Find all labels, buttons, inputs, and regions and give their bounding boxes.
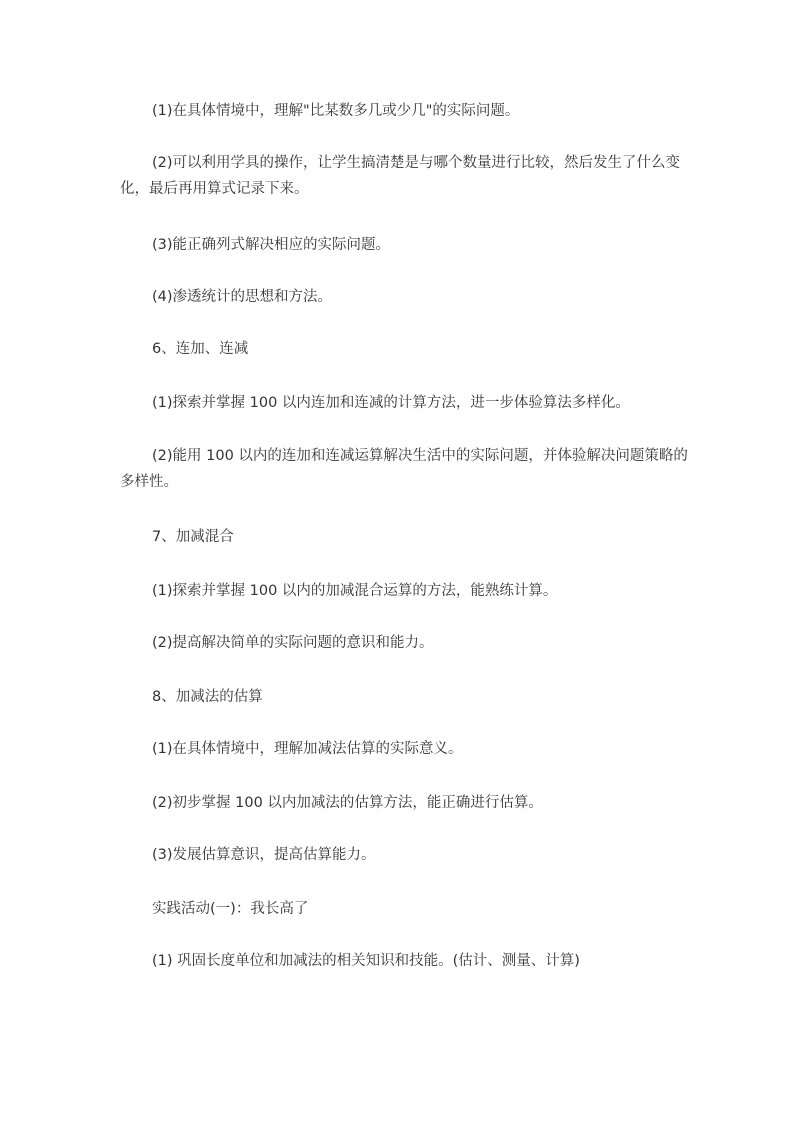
paragraph-item-3-solve-problems: (3)能正确列式解决相应的实际问题。 (120, 232, 688, 258)
paragraph-6-2: (2)能用 100 以内的连加和连减运算解决生活中的实际问题，并体验解决问题策略… (120, 443, 688, 495)
paragraph-8-3: (3)发展估算意识，提高估算能力。 (120, 842, 688, 868)
paragraph-practice-1: (1) 巩固长度单位和加减法的相关知识和技能。(估计、测量、计算) (120, 948, 688, 974)
paragraph-8-2: (2)初步掌握 100 以内加减法的估算方法，能正确进行估算。 (120, 790, 688, 816)
paragraph-8-1: (1)在具体情境中，理解加减法估算的实际意义。 (120, 736, 688, 762)
section-heading-6: 6、连加、连减 (120, 336, 688, 362)
paragraph-item-2-manipulatives: (2)可以利用学具的操作，让学生搞清楚是与哪个数量进行比较，然后发生了什么变化，… (120, 150, 688, 202)
paragraph-6-1: (1)探索并掌握 100 以内连加和连减的计算方法，进一步体验算法多样化。 (120, 390, 688, 416)
section-heading-practice-activity: 实践活动(一)：我长高了 (120, 896, 688, 922)
document-page: (1)在具体情境中，理解"比某数多几或少几"的实际问题。 (2)可以利用学具的操… (0, 0, 793, 1122)
section-heading-7: 7、加减混合 (120, 524, 688, 550)
paragraph-7-2: (2)提高解决简单的实际问题的意识和能力。 (120, 630, 688, 656)
paragraph-item-1-understand-more-less: (1)在具体情境中，理解"比某数多几或少几"的实际问题。 (120, 98, 688, 124)
section-heading-8: 8、加减法的估算 (120, 684, 688, 710)
paragraph-item-4-statistics: (4)渗透统计的思想和方法。 (120, 284, 688, 310)
paragraph-7-1: (1)探索并掌握 100 以内的加减混合运算的方法，能熟练计算。 (120, 578, 688, 604)
